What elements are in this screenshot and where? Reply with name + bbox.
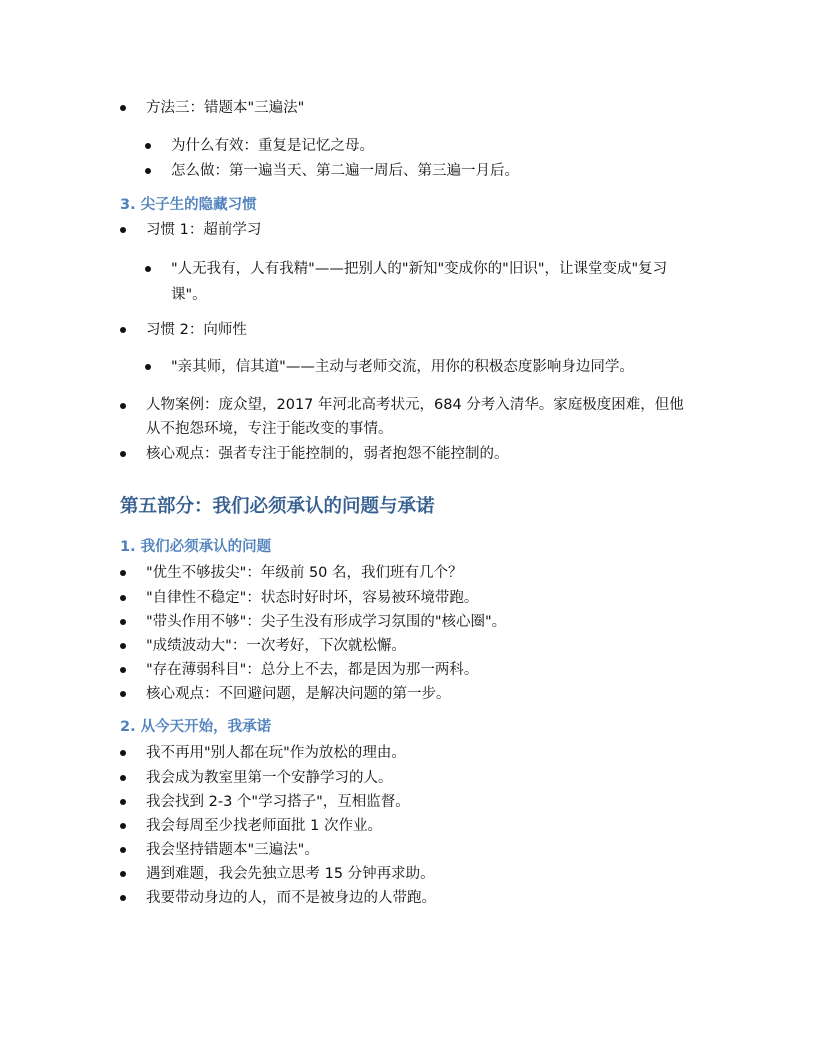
habit1-label: 习惯 1：超前学习: [146, 219, 261, 241]
method3-why: 为什么有效：重复是记忆之母。: [171, 135, 374, 157]
bullet: [145, 364, 151, 370]
bullet: [120, 403, 126, 409]
method3-how: 怎么做：第一遍当天、第二遍一周后、第三遍一月后。: [171, 160, 519, 182]
problems-heading: 1. 我们必须承认的问题: [120, 537, 271, 557]
bullet: [145, 266, 151, 272]
problems-core-point: 核心观点：不回避问题，是解决问题的第一步。: [146, 683, 451, 705]
part5-title: 第五部分：我们必须承认的问题与承诺: [120, 494, 435, 520]
case-study: 人物案例：庞众望，2017 年河北高考状元，684 分考入清华。家庭极度困难，但…: [146, 393, 691, 441]
bullet: [120, 775, 126, 781]
promise-item: 我会成为教室里第一个安静学习的人。: [146, 767, 393, 789]
promise-item: 我不再用"别人都在玩"作为放松的理由。: [146, 742, 406, 764]
bullet: [120, 799, 126, 805]
bullet: [145, 168, 151, 174]
promise-item: 我会找到 2-3 个"学习搭子"，互相监督。: [146, 791, 410, 813]
bullet: [120, 667, 126, 673]
habits-heading: 3. 尖子生的隐藏习惯: [120, 195, 257, 215]
document-page: 方法三：错题本"三遍法" 为什么有效：重复是记忆之母。 怎么做：第一遍当天、第二…: [0, 0, 816, 1056]
bullet: [120, 750, 126, 756]
problem-item: "存在薄弱科目"：总分上不去，都是因为那一两科。: [146, 659, 478, 681]
problem-item: "带头作用不够"：尖子生没有形成学习氛围的"核心圈"。: [146, 611, 506, 633]
promise-item: 我要带动身边的人，而不是被身边的人带跑。: [146, 887, 436, 909]
promise-item: 我会坚持错题本"三遍法"。: [146, 839, 319, 861]
habits-core-point: 核心观点：强者专注于能控制的，弱者抱怨不能控制的。: [146, 443, 509, 465]
bullet: [120, 823, 126, 829]
bullet: [120, 847, 126, 853]
bullet: [120, 619, 126, 625]
bullet: [120, 595, 126, 601]
habit1-detail: "人无我有，人有我精"——把别人的"新知"变成你的"旧识"，让课堂变成"复习课"…: [171, 256, 701, 308]
problem-item: "优生不够拔尖"：年级前 50 名，我们班有几个？: [146, 562, 463, 584]
problem-item: "成绩波动大"：一次考好，下次就松懈。: [146, 635, 406, 657]
method3-label: 方法三：错题本"三遍法": [146, 97, 304, 119]
bullet: [145, 143, 151, 149]
promise-item: 我会每周至少找老师面批 1 次作业。: [146, 815, 382, 837]
bullet: [120, 227, 126, 233]
problem-item: "自律性不稳定"：状态时好时坏，容易被环境带跑。: [146, 587, 478, 609]
bullet: [120, 691, 126, 697]
promise-item: 遇到难题，我会先独立思考 15 分钟再求助。: [146, 863, 435, 885]
bullet: [120, 451, 126, 457]
bullet: [120, 895, 126, 901]
promises-heading: 2. 从今天开始，我承诺: [120, 717, 271, 737]
bullet: [120, 570, 126, 576]
bullet: [120, 871, 126, 877]
habit2-detail: "亲其师，信其道"——主动与老师交流，用你的积极态度影响身边同学。: [171, 356, 634, 378]
bullet: [120, 105, 126, 111]
bullet: [120, 643, 126, 649]
bullet: [120, 327, 126, 333]
habit2-label: 习惯 2：向师性: [146, 319, 247, 341]
